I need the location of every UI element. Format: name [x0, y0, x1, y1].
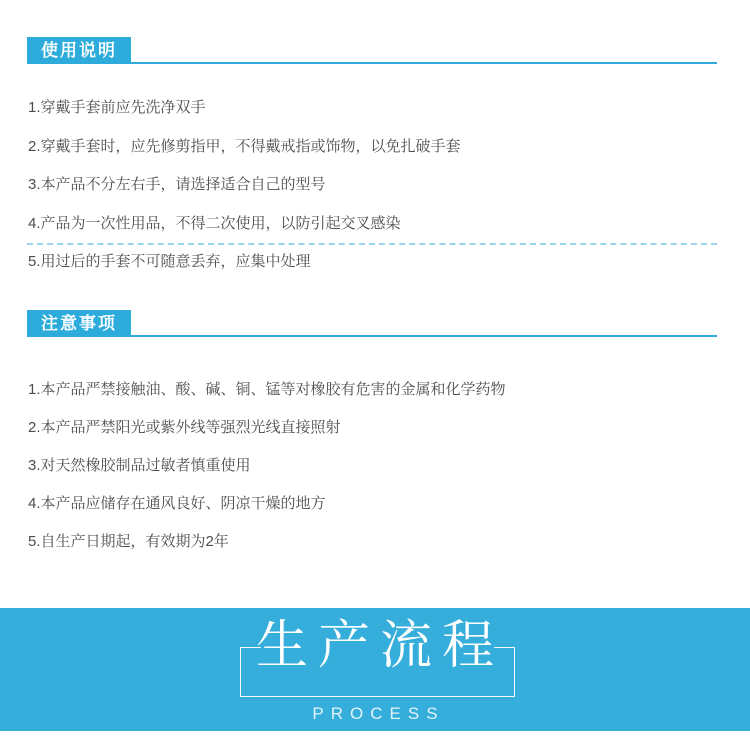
list-item: 1.穿戴手套前应先洗净双手: [28, 89, 728, 128]
process-section-banner: 生产流程 PROCESS: [0, 608, 750, 731]
list-item: 1.本产品严禁接触油、酸、碱、铜、锰等对橡胶有危害的金属和化学药物: [28, 371, 728, 409]
process-subtitle: PROCESS: [0, 704, 750, 724]
list-item: 4.本产品应储存在通风良好、阴凉干燥的地方: [28, 485, 728, 523]
list-item: 3.本产品不分左右手，请选择适合自己的型号: [28, 166, 728, 205]
list-item: 2.本产品严禁阳光或紫外线等强烈光线直接照射: [28, 409, 728, 447]
usage-instructions-list: 1.穿戴手套前应先洗净双手 2.穿戴手套时，应先修剪指甲，不得戴戒指或饰物，以免…: [28, 89, 728, 282]
list-item: 5.自生产日期起，有效期为2年: [28, 523, 728, 561]
precautions-title-badge: 注意事项: [27, 310, 131, 337]
precautions-list: 1.本产品严禁接触油、酸、碱、铜、锰等对橡胶有危害的金属和化学药物 2.本产品严…: [28, 371, 728, 561]
list-item: 2.穿戴手套时，应先修剪指甲，不得戴戒指或饰物，以免扎破手套: [28, 128, 728, 167]
dashed-divider: [27, 243, 717, 245]
product-instruction-page: 使用说明 1.穿戴手套前应先洗净双手 2.穿戴手套时，应先修剪指甲，不得戴戒指或…: [0, 0, 750, 746]
section-header-precautions: 注意事项: [27, 310, 717, 337]
list-item: 5.用过后的手套不可随意丢弃，应集中处理: [28, 243, 728, 282]
usage-title-badge: 使用说明: [27, 37, 131, 64]
process-title: 生产流程: [0, 620, 750, 672]
list-item: 4.产品为一次性用品，不得二次使用，以防引起交叉感染: [28, 205, 728, 244]
section-header-usage: 使用说明: [27, 37, 717, 64]
list-item: 3.对天然橡胶制品过敏者慎重使用: [28, 447, 728, 485]
